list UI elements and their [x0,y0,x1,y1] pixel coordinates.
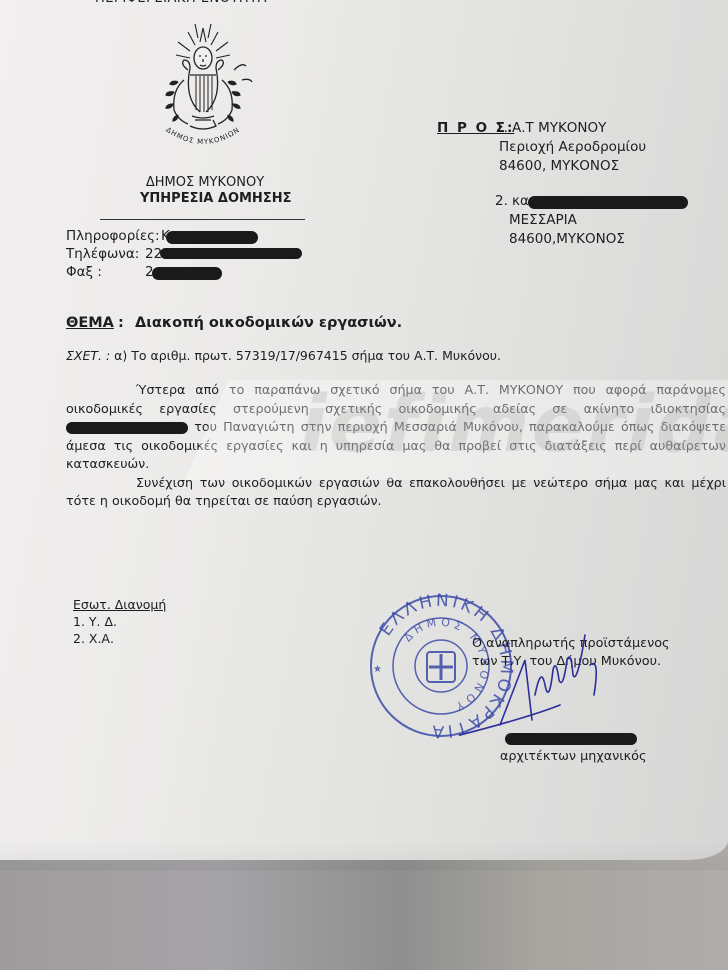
header-cut-text: ΠΕΡΙΦΕΡΕΙΑΚΗ ΕΝΟΤΗΤΑ [95,0,267,6]
distribution-title: Εσωτ. Διανομή [73,597,166,612]
recipient-2-line: ΜΕΣΣΑΡΙΑ [509,212,577,228]
recipient-2-number: 2. [495,193,508,209]
municipal-logo-icon: ΔΗΜΟΣ ΜΥΚΟΝΙΩΝ [140,20,266,150]
header-divider [100,219,305,220]
reference-line: ΣΧΕΤ. : α) Το αριθμ. πρωτ. 57319/17/9674… [66,348,501,363]
redaction-bar [528,196,688,209]
fax-label: Φαξ : [66,264,102,280]
reference-text: α) Το αριθμ. πρωτ. 57319/17/967415 σήμα … [114,348,501,363]
reference-label: ΣΧΕΤ. : [66,348,110,363]
recipient-1-line: Α.Τ ΜΥΚΟΝΟΥ [512,120,606,136]
recipient-2-name-visible: κα [512,193,529,209]
redaction-bar [166,231,258,244]
recipient-2-line: 84600,ΜΥΚΟΝΟΣ [509,231,625,247]
distribution-item: 2. Χ.Α. [73,631,114,646]
redaction-bar [505,733,637,745]
watermark-text: iefimerida [300,380,728,470]
phone-label: Τηλέφωνα: [66,246,139,262]
redaction-bar [66,422,188,434]
signatory-title: αρχιτέκτων μηχανικός [500,749,647,764]
recipient-1-line: 84600, ΜΥΚΟΝΟΣ [499,158,619,174]
redaction-bar [152,267,222,280]
subject-separator: : [118,315,124,331]
svg-text:★: ★ [373,664,382,675]
redaction-bar [160,248,302,259]
subject-text: Διακοπή οικοδομικών εργασιών. [135,315,402,331]
handwritten-signature-icon [440,625,660,745]
recipient-1-line: Περιοχή Αεροδρομίου [499,139,646,155]
department-name: ΥΠΗΡΕΣΙΑ ΔΟΜΗΣΗΣ [140,191,270,206]
distribution-item: 1. Υ. Δ. [73,614,117,629]
recipient-1-number: 1. [495,120,508,136]
municipality-name: ΔΗΜΟΣ ΜΥΚΟΝΟΥ [140,175,270,190]
subject-label: ΘΕΜΑ [66,315,114,331]
info-label: Πληροφορίες: [66,228,160,244]
page-edge-shadow [0,840,728,870]
